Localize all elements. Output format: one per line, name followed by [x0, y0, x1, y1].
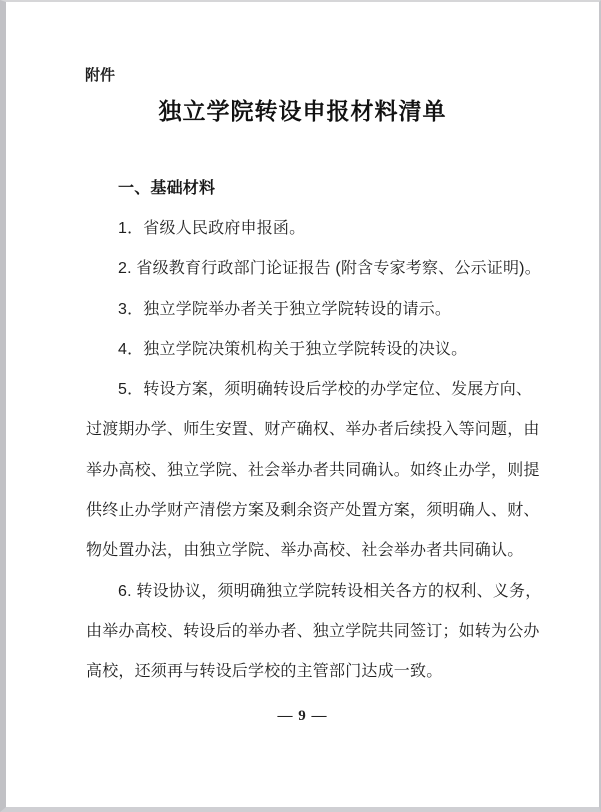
- section-heading: 一、基础材料: [86, 166, 551, 206]
- document-line: 物处置办法，由独立学院、举办高校、社会举办者共同确认。: [86, 529, 551, 569]
- document-line: 由举办高校、转设后的举办者、独立学院共同签订；如转为公办: [86, 609, 551, 649]
- document-line: 3．独立学院举办者关于独立学院转设的请示。: [86, 287, 551, 327]
- document-body: 一、基础材料1．省级人民政府申报函。2. 省级教育行政部门论证报告 (附含专家考…: [86, 166, 551, 690]
- document-page: 附件 独立学院转设申报材料清单 一、基础材料1．省级人民政府申报函。2. 省级教…: [0, 0, 601, 812]
- document-line: 过渡期办学、师生安置、财产确权、举办者后续投入等问题，由: [86, 408, 551, 448]
- page-number: — 9 —: [6, 708, 599, 725]
- document-line: 供终止办学财产清偿方案及剩余资产处置方案，须明确人、财、: [86, 488, 551, 528]
- document-line: 2. 省级教育行政部门论证报告 (附含专家考察、公示证明)。: [86, 247, 551, 287]
- document-line: 1．省级人民政府申报函。: [86, 206, 551, 246]
- document-line: 举办高校、独立学院、社会举办者共同确认。如终止办学，则提: [86, 448, 551, 488]
- document-line: 5．转设方案，须明确转设后学校的办学定位、发展方向、: [86, 367, 551, 407]
- document-line: 6. 转设协议，须明确独立学院转设相关各方的权利、义务，: [86, 569, 551, 609]
- attachment-label: 附件: [85, 64, 115, 85]
- document-line: 高校，还须再与转设后学校的主管部门达成一致。: [86, 650, 551, 690]
- document-line: 4．独立学院决策机构关于独立学院转设的决议。: [86, 327, 551, 367]
- page-title: 独立学院转设申报材料清单: [6, 93, 599, 126]
